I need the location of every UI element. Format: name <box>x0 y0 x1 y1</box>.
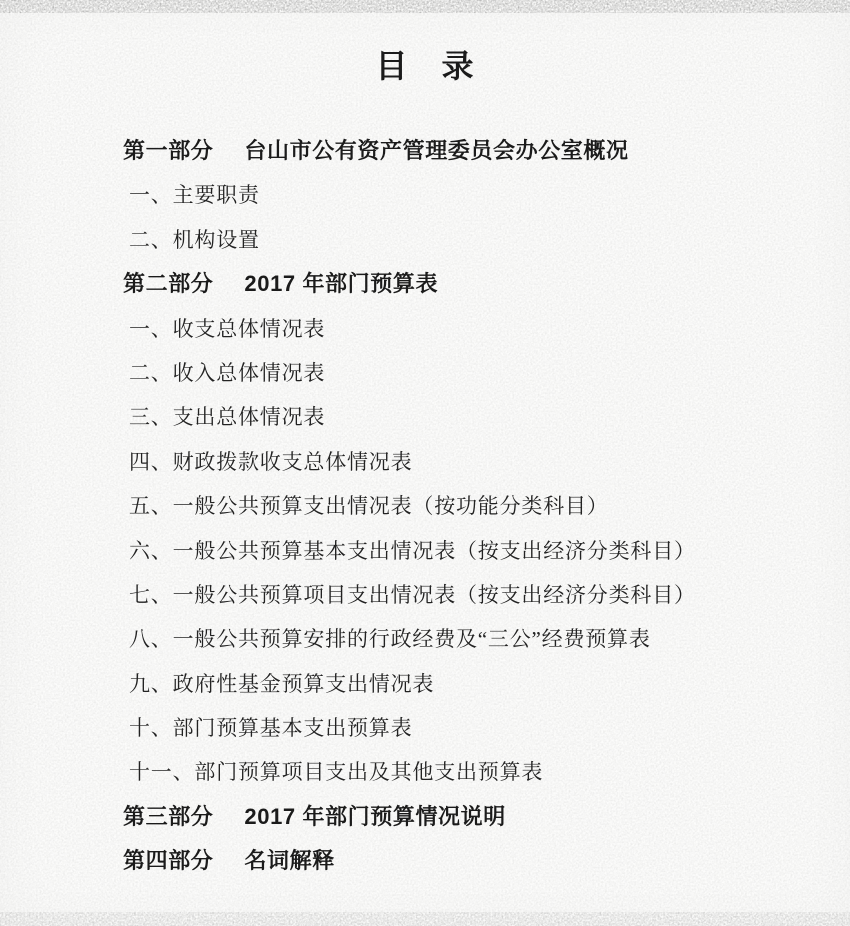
toc-part-row: 第二部分2017 年部门预算表 <box>123 262 820 306</box>
toc-part-label: 第一部分 <box>123 138 213 163</box>
toc-list: 第一部分台山市公有资产管理委员会办公室概况一、主要职责二、机构设置第二部分201… <box>123 129 820 884</box>
scanned-document-page: 目 录 第一部分台山市公有资产管理委员会办公室概况一、主要职责二、机构设置第二部… <box>0 0 850 926</box>
page-title: 目 录 <box>0 48 850 84</box>
toc-part-title: 2017 年部门预算表 <box>244 271 438 296</box>
toc-item-row: 七、一般公共预算项目支出情况表（按支出经济分类科目） <box>123 573 820 617</box>
toc-item-text: 十一、部门预算项目支出及其他支出预算表 <box>129 760 543 784</box>
toc-item-row: 一、主要职责 <box>123 173 820 217</box>
toc-item-text: 六、一般公共预算基本支出情况表（按支出经济分类科目） <box>129 539 696 563</box>
toc-part-title: 名词解释 <box>244 848 334 873</box>
toc-item-text: 十、部门预算基本支出预算表 <box>129 716 412 740</box>
toc-item-row: 八、一般公共预算安排的行政经费及“三公”经费预算表 <box>123 617 820 661</box>
toc-part-row: 第一部分台山市公有资产管理委员会办公室概况 <box>123 129 820 173</box>
toc-item-text: 一、主要职责 <box>129 183 260 207</box>
toc-part-label: 第三部分 <box>123 804 213 829</box>
toc-part-title: 台山市公有资产管理委员会办公室概况 <box>244 138 628 163</box>
toc-part-label: 第二部分 <box>123 271 213 296</box>
toc-item-text: 九、政府性基金预算支出情况表 <box>129 672 434 696</box>
toc-part-row: 第三部分2017 年部门预算情况说明 <box>123 795 820 839</box>
toc-item-text: 四、财政拨款收支总体情况表 <box>129 450 412 474</box>
toc-item-row: 九、政府性基金预算支出情况表 <box>123 662 820 706</box>
toc-item-text: 三、支出总体情况表 <box>129 405 325 429</box>
toc-item-row: 二、机构设置 <box>123 218 820 262</box>
toc-item-row: 十、部门预算基本支出预算表 <box>123 706 820 750</box>
toc-item-row: 一、收支总体情况表 <box>123 307 820 351</box>
toc-item-text: 一、收支总体情况表 <box>129 317 325 341</box>
toc-item-row: 五、一般公共预算支出情况表（按功能分类科目） <box>123 484 820 528</box>
toc-item-row: 六、一般公共预算基本支出情况表（按支出经济分类科目） <box>123 529 820 573</box>
toc-item-row: 四、财政拨款收支总体情况表 <box>123 440 820 484</box>
toc-part-label: 第四部分 <box>123 848 213 873</box>
toc-item-text: 二、收入总体情况表 <box>129 361 325 385</box>
toc-item-row: 十一、部门预算项目支出及其他支出预算表 <box>123 750 820 794</box>
toc-item-text: 五、一般公共预算支出情况表（按功能分类科目） <box>129 494 609 518</box>
toc-item-row: 三、支出总体情况表 <box>123 395 820 439</box>
toc-item-text: 八、一般公共预算安排的行政经费及“三公”经费预算表 <box>129 627 651 651</box>
toc-item-text: 二、机构设置 <box>129 228 260 252</box>
toc-item-row: 二、收入总体情况表 <box>123 351 820 395</box>
toc-item-text: 七、一般公共预算项目支出情况表（按支出经济分类科目） <box>129 583 696 607</box>
toc-part-row: 第四部分名词解释 <box>123 839 820 883</box>
toc-part-title: 2017 年部门预算情况说明 <box>244 804 505 829</box>
